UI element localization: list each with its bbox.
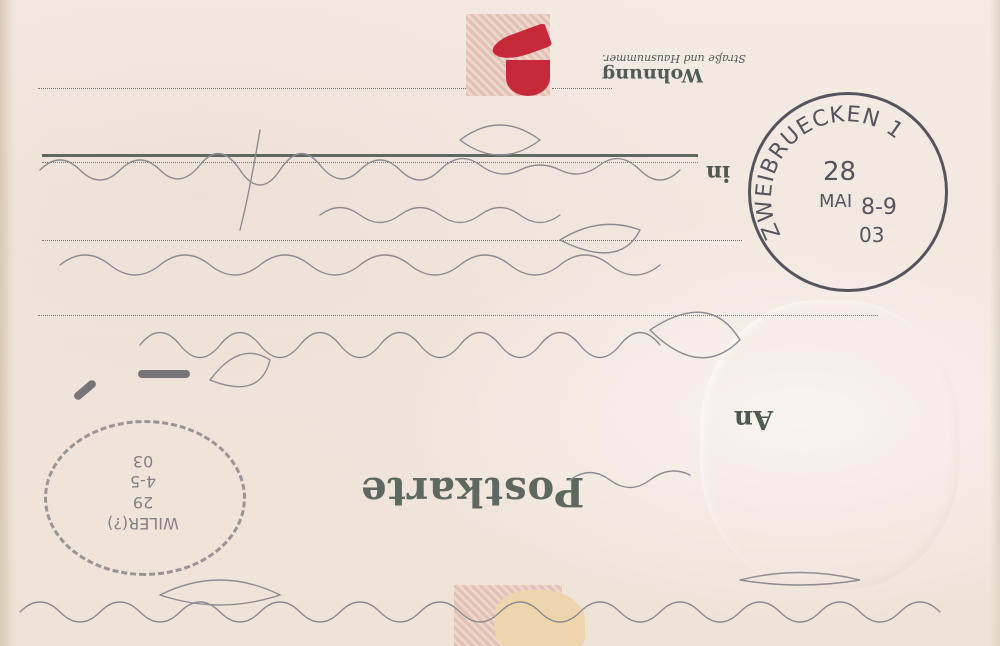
postcard: Wohnung Straße und Hausnummer. in An Pos…: [0, 0, 1000, 646]
handwriting-strokes: [0, 0, 1000, 646]
